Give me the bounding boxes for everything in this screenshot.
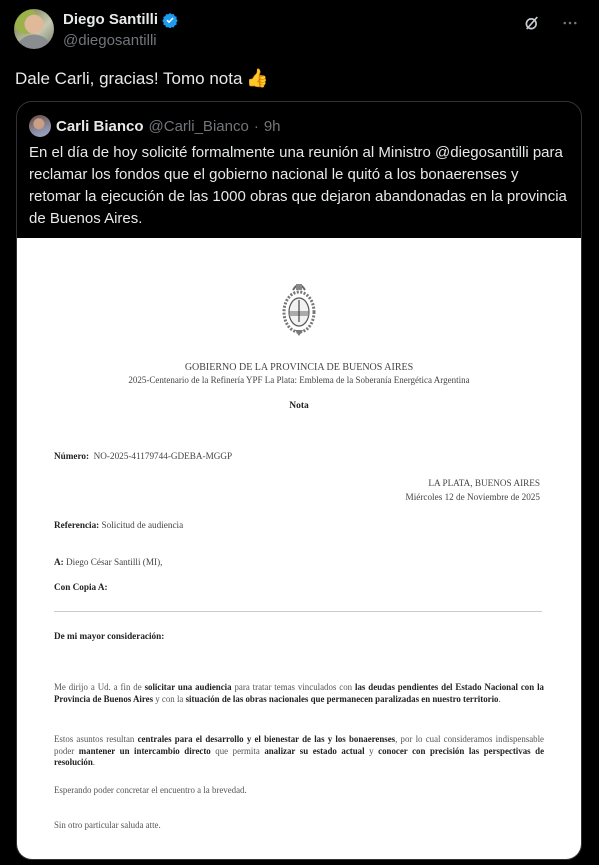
doc-referencia: Referencia: Solicitud de audiencia — [54, 520, 183, 530]
display-name[interactable]: Diego Santilli — [63, 11, 158, 28]
avatar[interactable] — [14, 9, 54, 49]
greeting-text: De mi mayor consideración: — [54, 631, 164, 641]
more-icon[interactable] — [559, 12, 581, 34]
quote-header: Carli Bianco @Carli_Bianco · 9h — [29, 115, 281, 137]
author-row: Diego Santilli — [63, 11, 178, 28]
doc-paragraph-2: Estos asuntos resultan centrales para el… — [54, 734, 544, 769]
doc-numero: Número: NO-2025-41179744-GDEBA-MGGP — [54, 451, 232, 461]
doc-to: A: Diego César Santilli (MI), — [54, 557, 162, 567]
to-label: A: — [54, 557, 64, 567]
doc-place-date: LA PLATA, BUENOS AIRES Miércoles 12 de N… — [406, 476, 540, 504]
to-value: Diego César Santilli (MI), — [66, 557, 162, 567]
referencia-value: Solicitud de audiencia — [102, 520, 184, 530]
doc-place: LA PLATA, BUENOS AIRES — [406, 476, 540, 490]
doc-date: Miércoles 12 de Noviembre de 2025 — [406, 490, 540, 504]
doc-greeting: De mi mayor consideración: — [54, 631, 164, 641]
thumbs-up-icon: 👍 — [246, 67, 268, 89]
handle[interactable]: @diegosantilli — [63, 32, 157, 49]
grok-icon[interactable] — [521, 12, 543, 34]
quote-display-name: Carli Bianco — [56, 118, 144, 135]
doc-paragraph-4: Sin otro particular saluda atte. — [54, 820, 544, 832]
doc-heading: GOBIERNO DE LA PROVINCIA DE BUENOS AIRES — [17, 362, 581, 373]
quoted-tweet[interactable]: Carli Bianco @Carli_Bianco · 9h En el dí… — [16, 101, 582, 860]
tweet-text: Dale Carli, gracias! Tomo nota👍 — [15, 67, 269, 90]
verified-badge-icon — [162, 12, 178, 28]
quote-handle: @Carli_Bianco — [149, 118, 249, 135]
doc-subheading: 2025-Centenario de la Refinería YPF La P… — [17, 375, 581, 385]
doc-paragraph-1: Me dirijo a Ud. a fin de solicitar una a… — [54, 682, 544, 705]
doc-cc: Con Copia A: — [54, 582, 108, 592]
doc-paragraph-3: Esperando poder concretar el encuentro a… — [54, 785, 544, 797]
doc-type: Nota — [17, 401, 581, 411]
quote-avatar — [29, 115, 51, 137]
tweet-actions — [521, 12, 581, 34]
coat-of-arms-icon — [279, 278, 319, 340]
referencia-label: Referencia: — [54, 520, 99, 530]
doc-divider — [54, 611, 542, 612]
numero-label: Número: — [54, 451, 89, 461]
quote-time: 9h — [264, 118, 281, 135]
document-image[interactable]: GOBIERNO DE LA PROVINCIA DE BUENOS AIRES… — [17, 238, 581, 859]
cc-label: Con Copia A: — [54, 582, 108, 592]
quote-text: En el día de hoy solicité formalmente un… — [29, 142, 569, 230]
tweet-text-body: Dale Carli, gracias! Tomo nota — [15, 69, 242, 88]
numero-value: NO-2025-41179744-GDEBA-MGGP — [94, 451, 233, 461]
quote-separator: · — [254, 118, 259, 135]
